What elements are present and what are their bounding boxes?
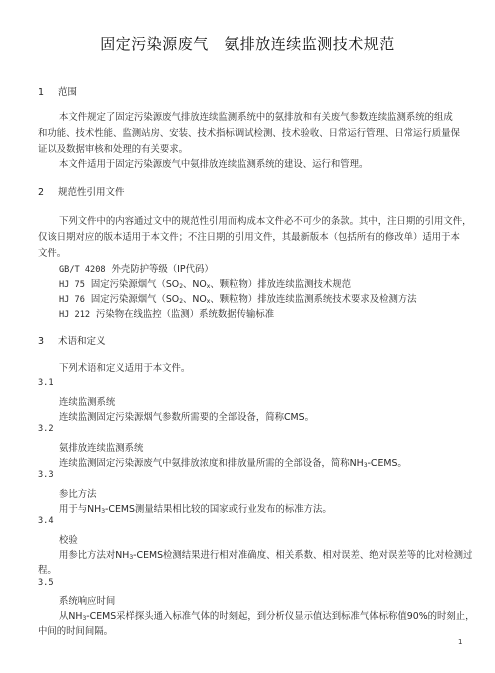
term-number: 3.5 (38, 578, 54, 588)
section-2-heading: 2规范性引用文件 (38, 184, 125, 198)
definition-part: -CEMS。 (368, 458, 407, 469)
reference-item: GB/T 4208 外壳防护等级（IP代码） (59, 261, 214, 275)
definition-part: 用于与NH (59, 504, 101, 515)
term-name: 氨排放连续监测系统 (59, 440, 143, 454)
reference-name-part: 、NO (183, 279, 207, 290)
s2-para-line1: 下列文件中的内容通过文中的规范性引用而构成本文件必不可少的条款。其中，注日期的引… (59, 213, 472, 227)
s1-para1-line2: 和功能、技术性能、监测站房、安装、技术指标调试检测、技术验收、日常运行管理、日常… (38, 125, 460, 139)
term-name: 校验 (59, 532, 78, 546)
s2-para-line3: 文件。 (38, 245, 66, 259)
reference-code: HJ 75 (59, 280, 85, 290)
s1-para1-line3: 证以及数据审核和处理的有关要求。 (38, 141, 188, 155)
term-definition: 用参比方法对NH3-CEMS检测结果进行相对准确度、相关系数、相对误差、绝对误差… (59, 547, 472, 561)
section-title: 规范性引用文件 (58, 187, 125, 198)
reference-name-part: 、NO (183, 294, 207, 305)
term-number: 3.4 (38, 516, 54, 526)
reference-item: HJ 76 固定污染源烟气（SO2、NOx、颗粒物）排放连续监测系统技术要求及检… (59, 291, 417, 305)
section-number: 3 (38, 336, 58, 347)
section-number: 2 (38, 187, 58, 198)
reference-name: 污染物在线监控（监测）系统数据传输标准 (96, 309, 274, 320)
section-1-heading: 1范围 (38, 84, 77, 98)
reference-name-part: 固定污染源烟气（SO (91, 294, 179, 305)
section-title: 术语和定义 (58, 336, 106, 347)
reference-name-part: 固定污染源烟气（SO (91, 279, 179, 290)
s1-para1-line1: 本文件规定了固定污染源废气排放连续监测系统中的氨排放和有关废气参数连续监测系统的… (59, 109, 453, 123)
section-3-heading: 3术语和定义 (38, 333, 106, 347)
reference-name: 外壳防护等级（IP代码） (112, 264, 214, 275)
definition-part: 从NH (59, 611, 82, 622)
reference-code: HJ 76 (59, 295, 85, 305)
term-number: 3.2 (38, 424, 54, 434)
s1-para2: 本文件适用于固定污染源废气中氨排放连续监测系统的建设、运行和管理。 (59, 156, 368, 170)
reference-name-part: 、颗粒物）排放连续监测技术规范 (210, 279, 351, 290)
document-title: 固定污染源废气 氨排放连续监测技术规范 (0, 33, 495, 54)
section-title: 范围 (58, 87, 77, 98)
s2-para-line2: 仅该日期对应的版本适用于本文件；不注日期的引用文件，其最新版本（包括所有的修改单… (38, 229, 460, 243)
term-number: 3.3 (38, 470, 54, 480)
page-number: 1 (458, 638, 462, 646)
reference-item: HJ 75 固定污染源烟气（SO2、NOx、颗粒物）排放连续监测技术规范 (59, 276, 351, 290)
reference-code: GB/T 4208 (59, 265, 106, 275)
term-definition-continued: 中间的时间间隔。 (38, 623, 113, 637)
term-definition: 连续监测固定污染源废气中氨排放浓度和排放量所需的全部设备，简称NH3-CEMS。 (59, 455, 407, 469)
term-definition-continued: 程。 (38, 562, 57, 576)
definition-part: -CEMS采样探头通入标准气体的时刻起，到分析仪显示值达到标准气体标称值90%的… (86, 611, 474, 622)
reference-item: HJ 212 污染物在线监控（监测）系统数据传输标准 (59, 306, 274, 320)
s3-intro: 下列术语和定义适用于本文件。 (59, 360, 190, 374)
term-definition: 从NH3-CEMS采样探头通入标准气体的时刻起，到分析仪显示值达到标准气体标称值… (59, 608, 475, 622)
term-name: 连续监测系统 (59, 394, 115, 408)
term-definition: 用于与NH3-CEMS测量结果相比较的国家或行业发布的标准方法。 (59, 501, 332, 515)
definition-part: -CEMS测量结果相比较的国家或行业发布的标准方法。 (105, 504, 332, 515)
definition-part: 连续监测固定污染源废气中氨排放浓度和排放量所需的全部设备，简称NH (59, 458, 364, 469)
document-page: 固定污染源废气 氨排放连续监测技术规范 1范围 本文件规定了固定污染源废气排放连… (0, 0, 495, 673)
term-name: 系统响应时间 (59, 593, 115, 607)
term-name: 参比方法 (59, 486, 97, 500)
term-definition: 连续监测固定污染源烟气参数所需要的全部设备，简称CMS。 (59, 409, 314, 423)
term-number: 3.1 (38, 378, 54, 388)
section-number: 1 (38, 87, 58, 98)
definition-part: -CEMS检测结果进行相对准确度、相关系数、相对误差、绝对误差等的比对检测过 (133, 550, 472, 561)
definition-part: 用参比方法对NH (59, 550, 129, 561)
reference-name-part: 、颗粒物）排放连续监测系统技术要求及检测方法 (210, 294, 416, 305)
reference-code: HJ 212 (59, 310, 90, 320)
